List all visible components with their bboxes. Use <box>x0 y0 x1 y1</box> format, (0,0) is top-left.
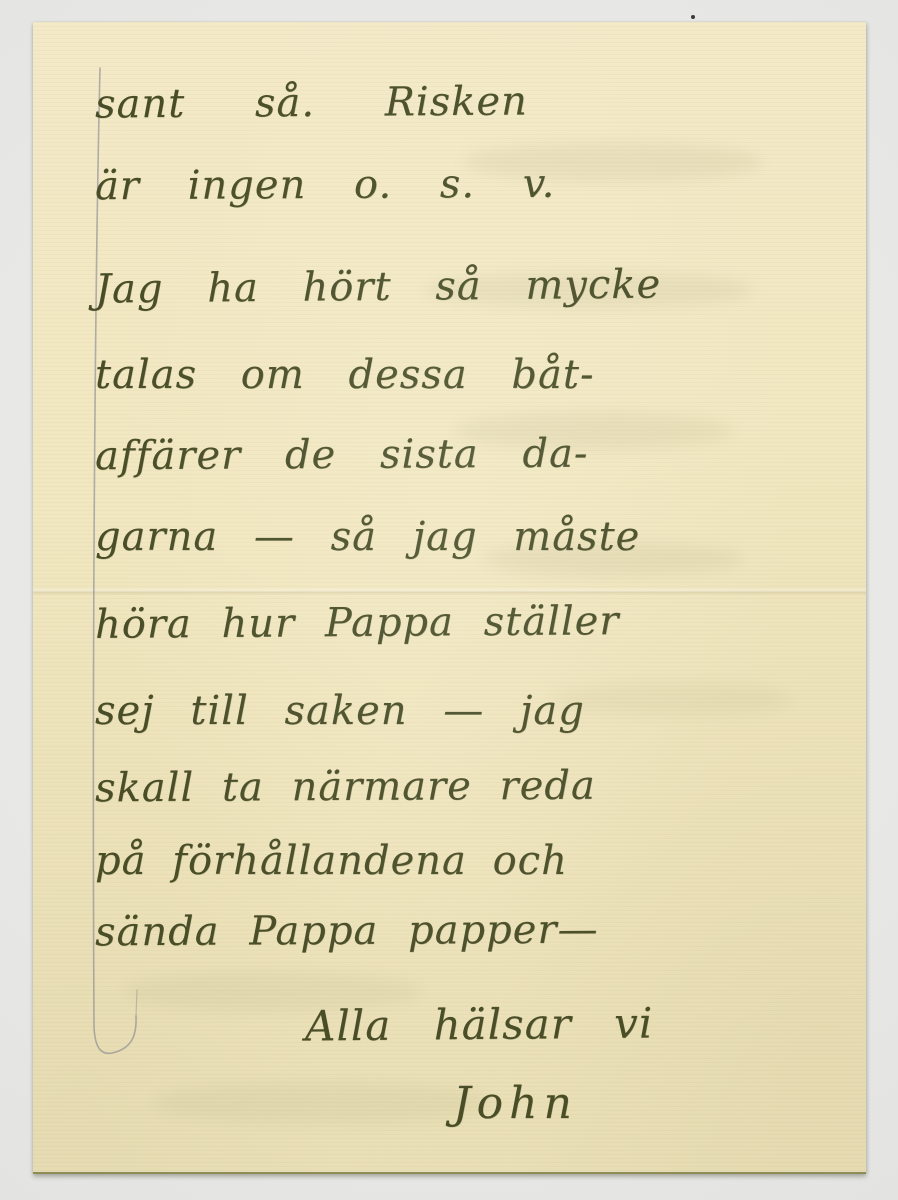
letter-line: garna — så jag måste <box>95 514 640 560</box>
letter-paper: sant så. Risken är ingen o. s. v. Jag ha… <box>33 22 866 1174</box>
letter-line: är ingen o. s. v. <box>95 161 556 209</box>
letter-line: talas om dessa båt- <box>95 352 594 398</box>
letter-line: sända Pappa papper— <box>95 907 599 956</box>
bleedthrough-smudge <box>153 1082 493 1124</box>
scan-background: sant så. Risken är ingen o. s. v. Jag ha… <box>0 0 898 1200</box>
letter-signature: John <box>453 1078 578 1129</box>
fold-crease <box>33 588 866 595</box>
letter-line: affärer de sista da- <box>95 431 589 480</box>
letter-line: på förhållandena och <box>95 838 568 884</box>
letter-line: sej till saken — jag <box>95 688 585 734</box>
letter-line: sant så. Risken <box>95 78 528 127</box>
letter-closing: Alla hälsar vi <box>305 998 654 1050</box>
bleedthrough-smudge <box>553 682 793 716</box>
letter-line: Jag ha hört så mycke <box>95 262 662 313</box>
letter-line: höra hur Pappa ställer <box>95 598 620 648</box>
dust-speck <box>691 15 695 19</box>
letter-line: skall ta närmare reda <box>95 763 596 812</box>
